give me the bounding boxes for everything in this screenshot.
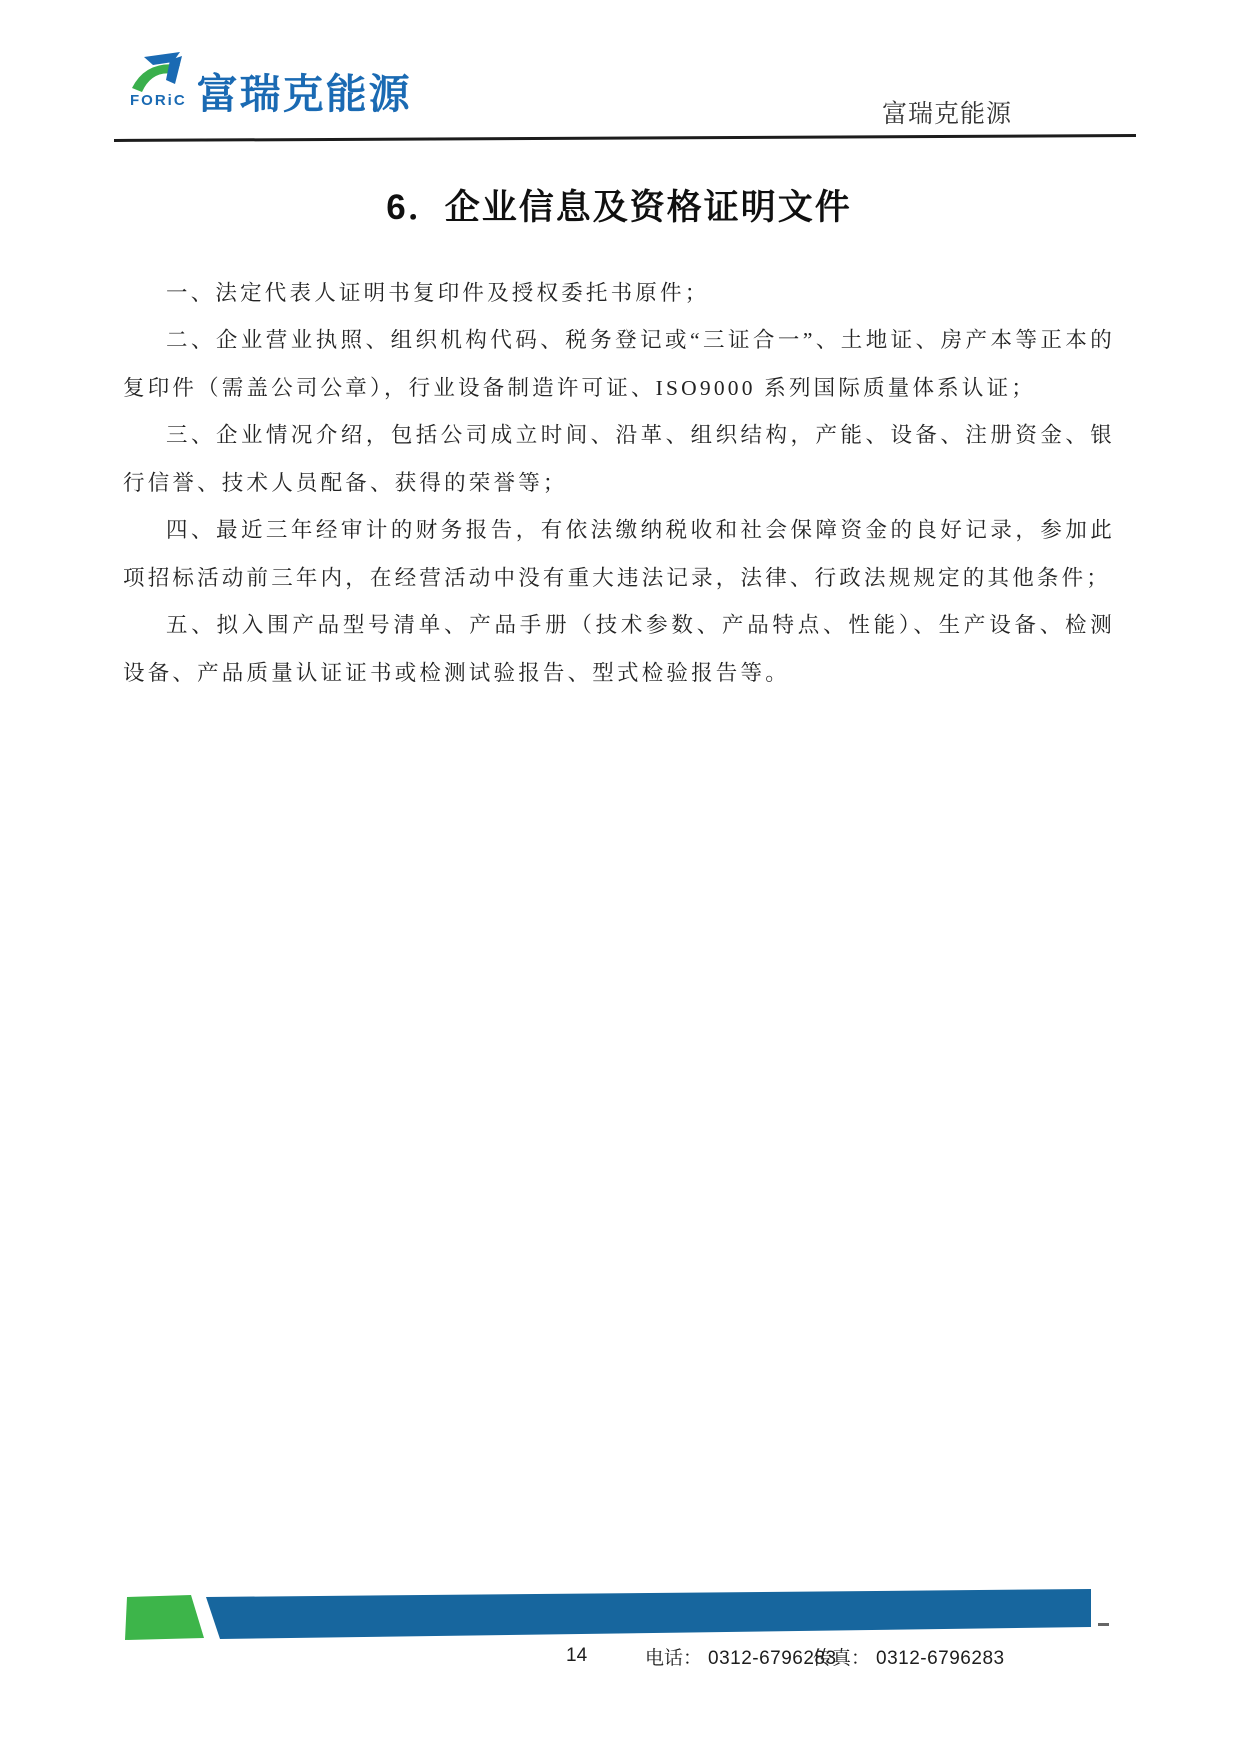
fax-number: 0312-6796283 (876, 1648, 1005, 1670)
foric-swoosh-icon (130, 52, 186, 94)
footer-phone: 电话： 0312-6796283 (645, 1643, 837, 1670)
clause-paragraph-4: 四、最近三年经审计的财务报告，有依法缴纳税收和社会保障资金的良好记录，参加此项招… (123, 507, 1115, 602)
footer-fax: 传真： 0312-6796283 (813, 1643, 1005, 1670)
footer-blue-shape (206, 1589, 1091, 1639)
section-title: 6．企业信息及资格证明文件 (123, 186, 1115, 230)
logo-mark: FORiC (130, 52, 187, 109)
page-number: 14 (566, 1645, 587, 1667)
logo-latin-text: FORiC (130, 92, 187, 109)
footer-info-row: 14 电话： 0312-6796283 传真： 0312-6796283 (0, 1643, 1240, 1673)
clause-paragraph-3: 三、企业情况介绍，包括公司成立时间、沿革、组织结构，产能、设备、注册资金、银行信… (123, 412, 1115, 507)
clause-list: 一、法定代表人证明书复印件及授权委托书原件； 二、企业营业执照、组织机构代码、税… (123, 270, 1115, 698)
document-body: 6．企业信息及资格证明文件 一、法定代表人证明书复印件及授权委托书原件； 二、企… (123, 186, 1115, 697)
footer-green-shape (125, 1595, 204, 1640)
clause-paragraph-2: 二、企业营业执照、组织机构代码、税务登记或“三证合一”、土地证、房产本等正本的复… (123, 317, 1115, 412)
scanned-document-page: { "brand": { "logo_latin": "FORiC", "log… (0, 0, 1240, 1754)
company-logo: FORiC 富瑞克能源 (130, 52, 412, 115)
phone-label: 电话： (645, 1643, 702, 1670)
fax-label: 传真： (813, 1643, 870, 1670)
logo-company-name: 富瑞克能源 (197, 74, 412, 115)
header-company-name: 富瑞克能源 (882, 94, 1012, 130)
clause-paragraph-1: 一、法定代表人证明书复印件及授权委托书原件； (123, 270, 1115, 318)
footer-dash-mark (1098, 1623, 1109, 1626)
header-rule-line (114, 134, 1136, 142)
clause-paragraph-5: 五、拟入围产品型号清单、产品手册（技术参数、产品特点、性能）、生产设备、检测设备… (123, 602, 1115, 697)
